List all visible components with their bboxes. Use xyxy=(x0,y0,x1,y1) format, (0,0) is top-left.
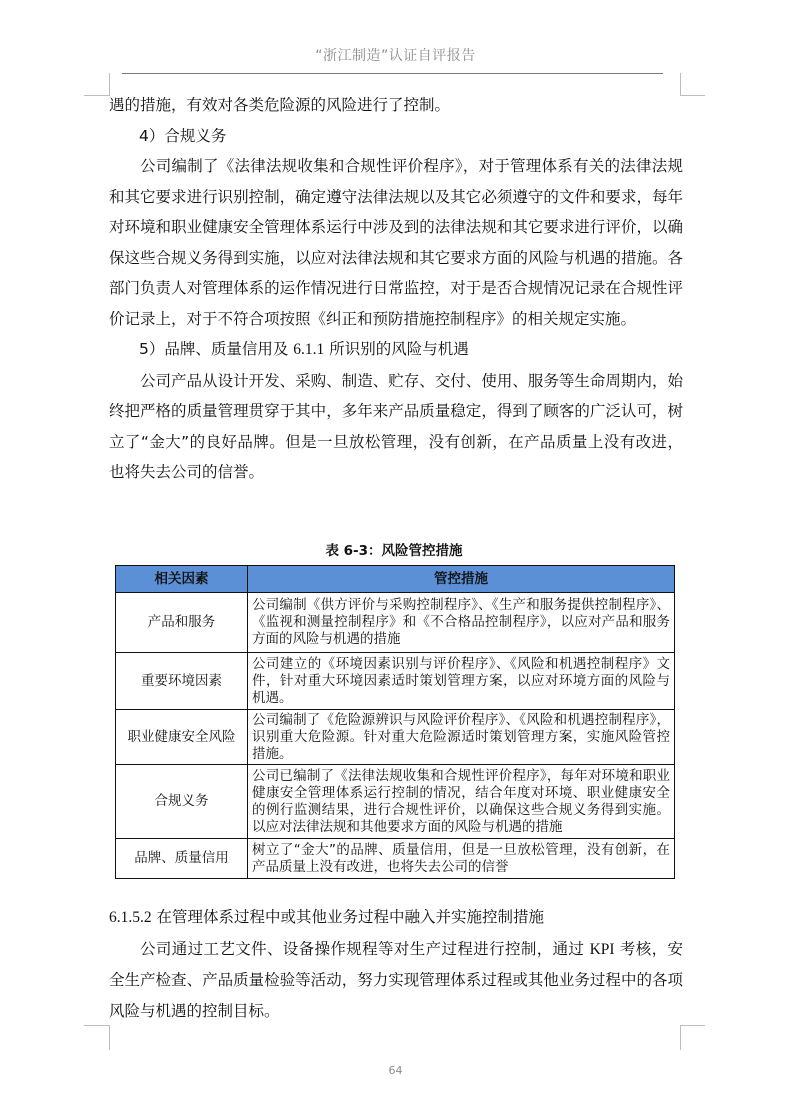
factor-cell: 合规义务 xyxy=(116,765,248,839)
kpi-term: KPI xyxy=(590,941,615,958)
measure-cell: 公司已编制了《法律法规收集和合规性评价程序》，每年对环境和职业健康安全管理体系运… xyxy=(248,765,675,839)
table-caption: 表 6-3：风险管控措施 xyxy=(115,539,673,559)
factor-cell: 职业健康安全风险 xyxy=(116,710,248,765)
corner-mark-bottom-right xyxy=(680,1025,705,1050)
item5-paragraph: 公司产品从设计开发、采购、制造、贮存、交付、使用、服务等生命周期内，始终把严格的… xyxy=(109,366,683,488)
factor-cell: 产品和服务 xyxy=(116,593,248,653)
corner-mark-top-right xyxy=(680,73,705,96)
section-title: 在管理体系过程中或其他业务过程中融入并实施控制措施 xyxy=(152,908,544,926)
section-paragraph: 公司通过工艺文件、设备操作规程等对生产过程进行控制，通过 KPI 考核，安全生产… xyxy=(109,934,683,1027)
table-row: 合规义务 公司已编制了《法律法规收集和合规性评价程序》，每年对环境和职业健康安全… xyxy=(116,765,675,839)
table-row: 职业健康安全风险 公司编制了《危险源辨识与风险评价程序》、《风险和机遇控制程序》… xyxy=(116,710,675,765)
risk-control-table: 相关因素 管控措施 产品和服务 公司编制《供方评价与采购控制程序》、《生产和服务… xyxy=(115,565,675,879)
section-heading: 6.1.5.2 在管理体系过程中或其他业务过程中融入并实施控制措施 xyxy=(109,902,683,934)
continuation-paragraph: 遇的措施，有效对各类危险源的风险进行了控制。 xyxy=(109,90,683,121)
corner-mark-bottom-left xyxy=(84,1025,110,1050)
table-row: 重要环境因素 公司建立的《环境因素识别与评价程序》、《风险和机遇控制程序》文件，… xyxy=(116,653,675,710)
top-text-block: 遇的措施，有效对各类危险源的风险进行了控制。 4）合规义务 公司编制了《法律法规… xyxy=(109,90,683,488)
column-header-measure: 管控措施 xyxy=(248,566,675,593)
factor-cell: 品牌、质量信用 xyxy=(116,839,248,879)
table-row: 产品和服务 公司编制《供方评价与采购控制程序》、《生产和服务提供控制程序》、《监… xyxy=(116,593,675,653)
bottom-text-block: 6.1.5.2 在管理体系过程中或其他业务过程中融入并实施控制措施 公司通过工艺… xyxy=(109,902,683,1026)
measure-cell: 公司编制《供方评价与采购控制程序》、《生产和服务提供控制程序》、《监视和测量控制… xyxy=(248,593,675,653)
column-header-factor: 相关因素 xyxy=(116,566,248,593)
header-rule xyxy=(122,73,663,74)
measure-cell: 树立了“金大”的品牌、质量信用，但是一旦放松管理，没有创新，在产品质量上没有改进… xyxy=(248,839,675,879)
corner-mark-top-left xyxy=(84,73,110,96)
item5-heading-suffix: 所识别的风险与机遇 xyxy=(324,340,468,358)
measure-cell: 公司建立的《环境因素识别与评价程序》、《风险和机遇控制程序》文件，针对重大环境因… xyxy=(248,653,675,710)
factor-cell: 重要环境因素 xyxy=(116,653,248,710)
table-header-row: 相关因素 管控措施 xyxy=(116,566,675,593)
running-header-title: “浙江制造”认证自评报告 xyxy=(0,45,791,65)
section-paragraph-part1: 公司通过工艺文件、设备操作规程等对生产过程进行控制，通过 xyxy=(140,940,590,958)
page-number: 64 xyxy=(0,1064,791,1077)
item5-heading-number: 6.1.1 xyxy=(293,341,324,358)
section-number: 6.1.5.2 xyxy=(109,909,152,926)
table-row: 品牌、质量信用 树立了“金大”的品牌、质量信用，但是一旦放松管理，没有创新，在产… xyxy=(116,839,675,879)
item4-heading: 4）合规义务 xyxy=(109,121,683,152)
item4-paragraph: 公司编制了《法律法规收集和合规性评价程序》，对于管理体系有关的法律法规和其它要求… xyxy=(109,151,683,334)
measure-cell: 公司编制了《危险源辨识与风险评价程序》、《风险和机遇控制程序》，识别重大危险源。… xyxy=(248,710,675,765)
item5-heading-prefix: 5）品牌、质量信用及 xyxy=(139,340,293,358)
item5-heading: 5）品牌、质量信用及 6.1.1 所识别的风险与机遇 xyxy=(109,334,683,366)
